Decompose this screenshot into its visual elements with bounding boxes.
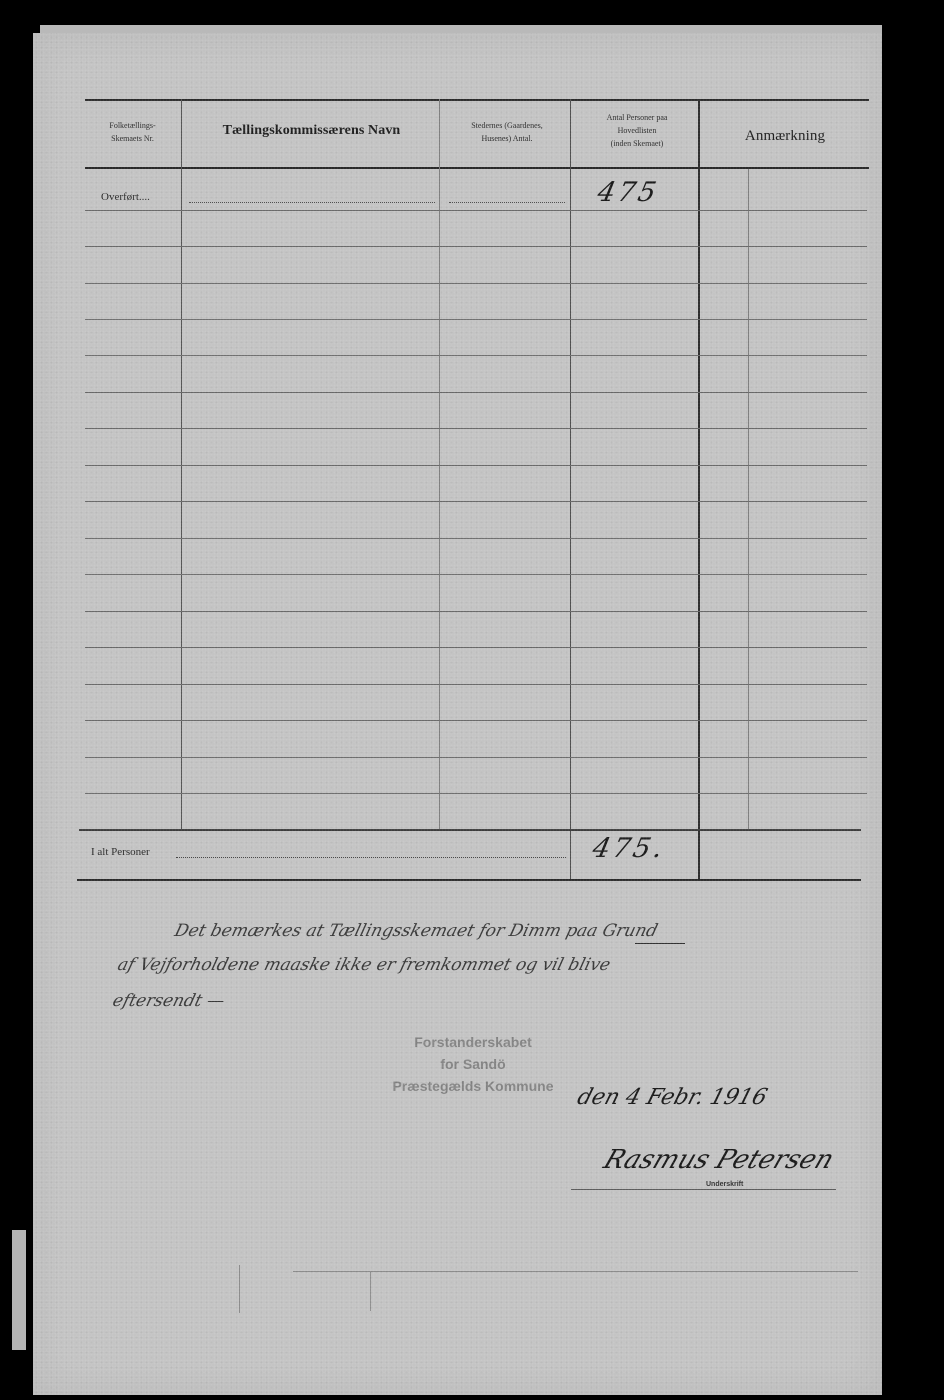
- header-skema-nr: Folketællings- Skemaets Nr.: [85, 119, 180, 145]
- note-underline: [635, 943, 685, 944]
- row-rule: [85, 210, 867, 211]
- row-rule: [85, 428, 867, 429]
- note-line-3: eftersendt —: [111, 991, 227, 1011]
- table-bottom-rule: [77, 879, 861, 881]
- header-persons-count: Antal Personer paa Hovedlisten (inden Sk…: [573, 111, 701, 150]
- carried-over-persons-value: 475: [595, 177, 662, 208]
- signature: Rasmus Petersen: [600, 1145, 838, 1175]
- row-rule: [85, 757, 867, 758]
- bleed-through-vertical: [370, 1271, 371, 1311]
- note-line-2: af Vejforholdene maaske ikke er fremkomm…: [116, 955, 613, 975]
- row-rule: [85, 720, 867, 721]
- note-line-1: Det bemærkes at Tællingsskemaet for Dimm…: [173, 921, 660, 941]
- carried-over-label: Overført....: [101, 191, 150, 203]
- row-rule: [85, 355, 867, 356]
- header-commissioner-name: Tællingskommissærens Navn: [183, 123, 440, 139]
- total-persons-value: 475.: [590, 833, 669, 864]
- municipal-stamp: Forstanderskabet for Sandö Præstegælds K…: [373, 1031, 573, 1097]
- col-divider-4: [698, 99, 700, 880]
- underlying-sheet-edge: [12, 1230, 26, 1350]
- row-rule: [85, 465, 867, 466]
- row-rule: [85, 611, 867, 612]
- carried-over-dots-name: [189, 201, 435, 203]
- total-persons-dots: [176, 856, 566, 858]
- col-divider-remarks: [748, 169, 749, 829]
- total-persons-label: I alt Personer: [91, 846, 150, 858]
- col-divider-3: [570, 99, 571, 880]
- header-remarks: Anmærkning: [705, 128, 865, 145]
- row-rule: [85, 501, 867, 502]
- signature-caption: Underskrift: [706, 1181, 743, 1188]
- row-rule: [85, 647, 867, 648]
- row-rule: [85, 574, 867, 575]
- signature-date: den 4 Febr. 1916: [574, 1085, 770, 1110]
- census-form-page: Folketællings- Skemaets Nr. Tællingskomm…: [33, 33, 882, 1395]
- header-places-count: Stedernes (Gaardenes, Husenes) Antal.: [443, 119, 571, 145]
- row-rule: [85, 319, 867, 320]
- row-rule: [85, 392, 867, 393]
- header-bottom-rule: [85, 167, 869, 169]
- body-bottom-rule: [79, 829, 861, 831]
- row-rule: [85, 793, 867, 794]
- row-rule: [85, 538, 867, 539]
- row-rule: [85, 283, 867, 284]
- signature-line: [571, 1189, 836, 1190]
- carried-over-dots-places: [449, 201, 565, 203]
- row-rule: [85, 684, 867, 685]
- bleed-through-vertical: [239, 1265, 240, 1313]
- bleed-through-rule: [293, 1271, 858, 1272]
- row-rule: [85, 246, 867, 247]
- table-top-rule: [85, 99, 869, 101]
